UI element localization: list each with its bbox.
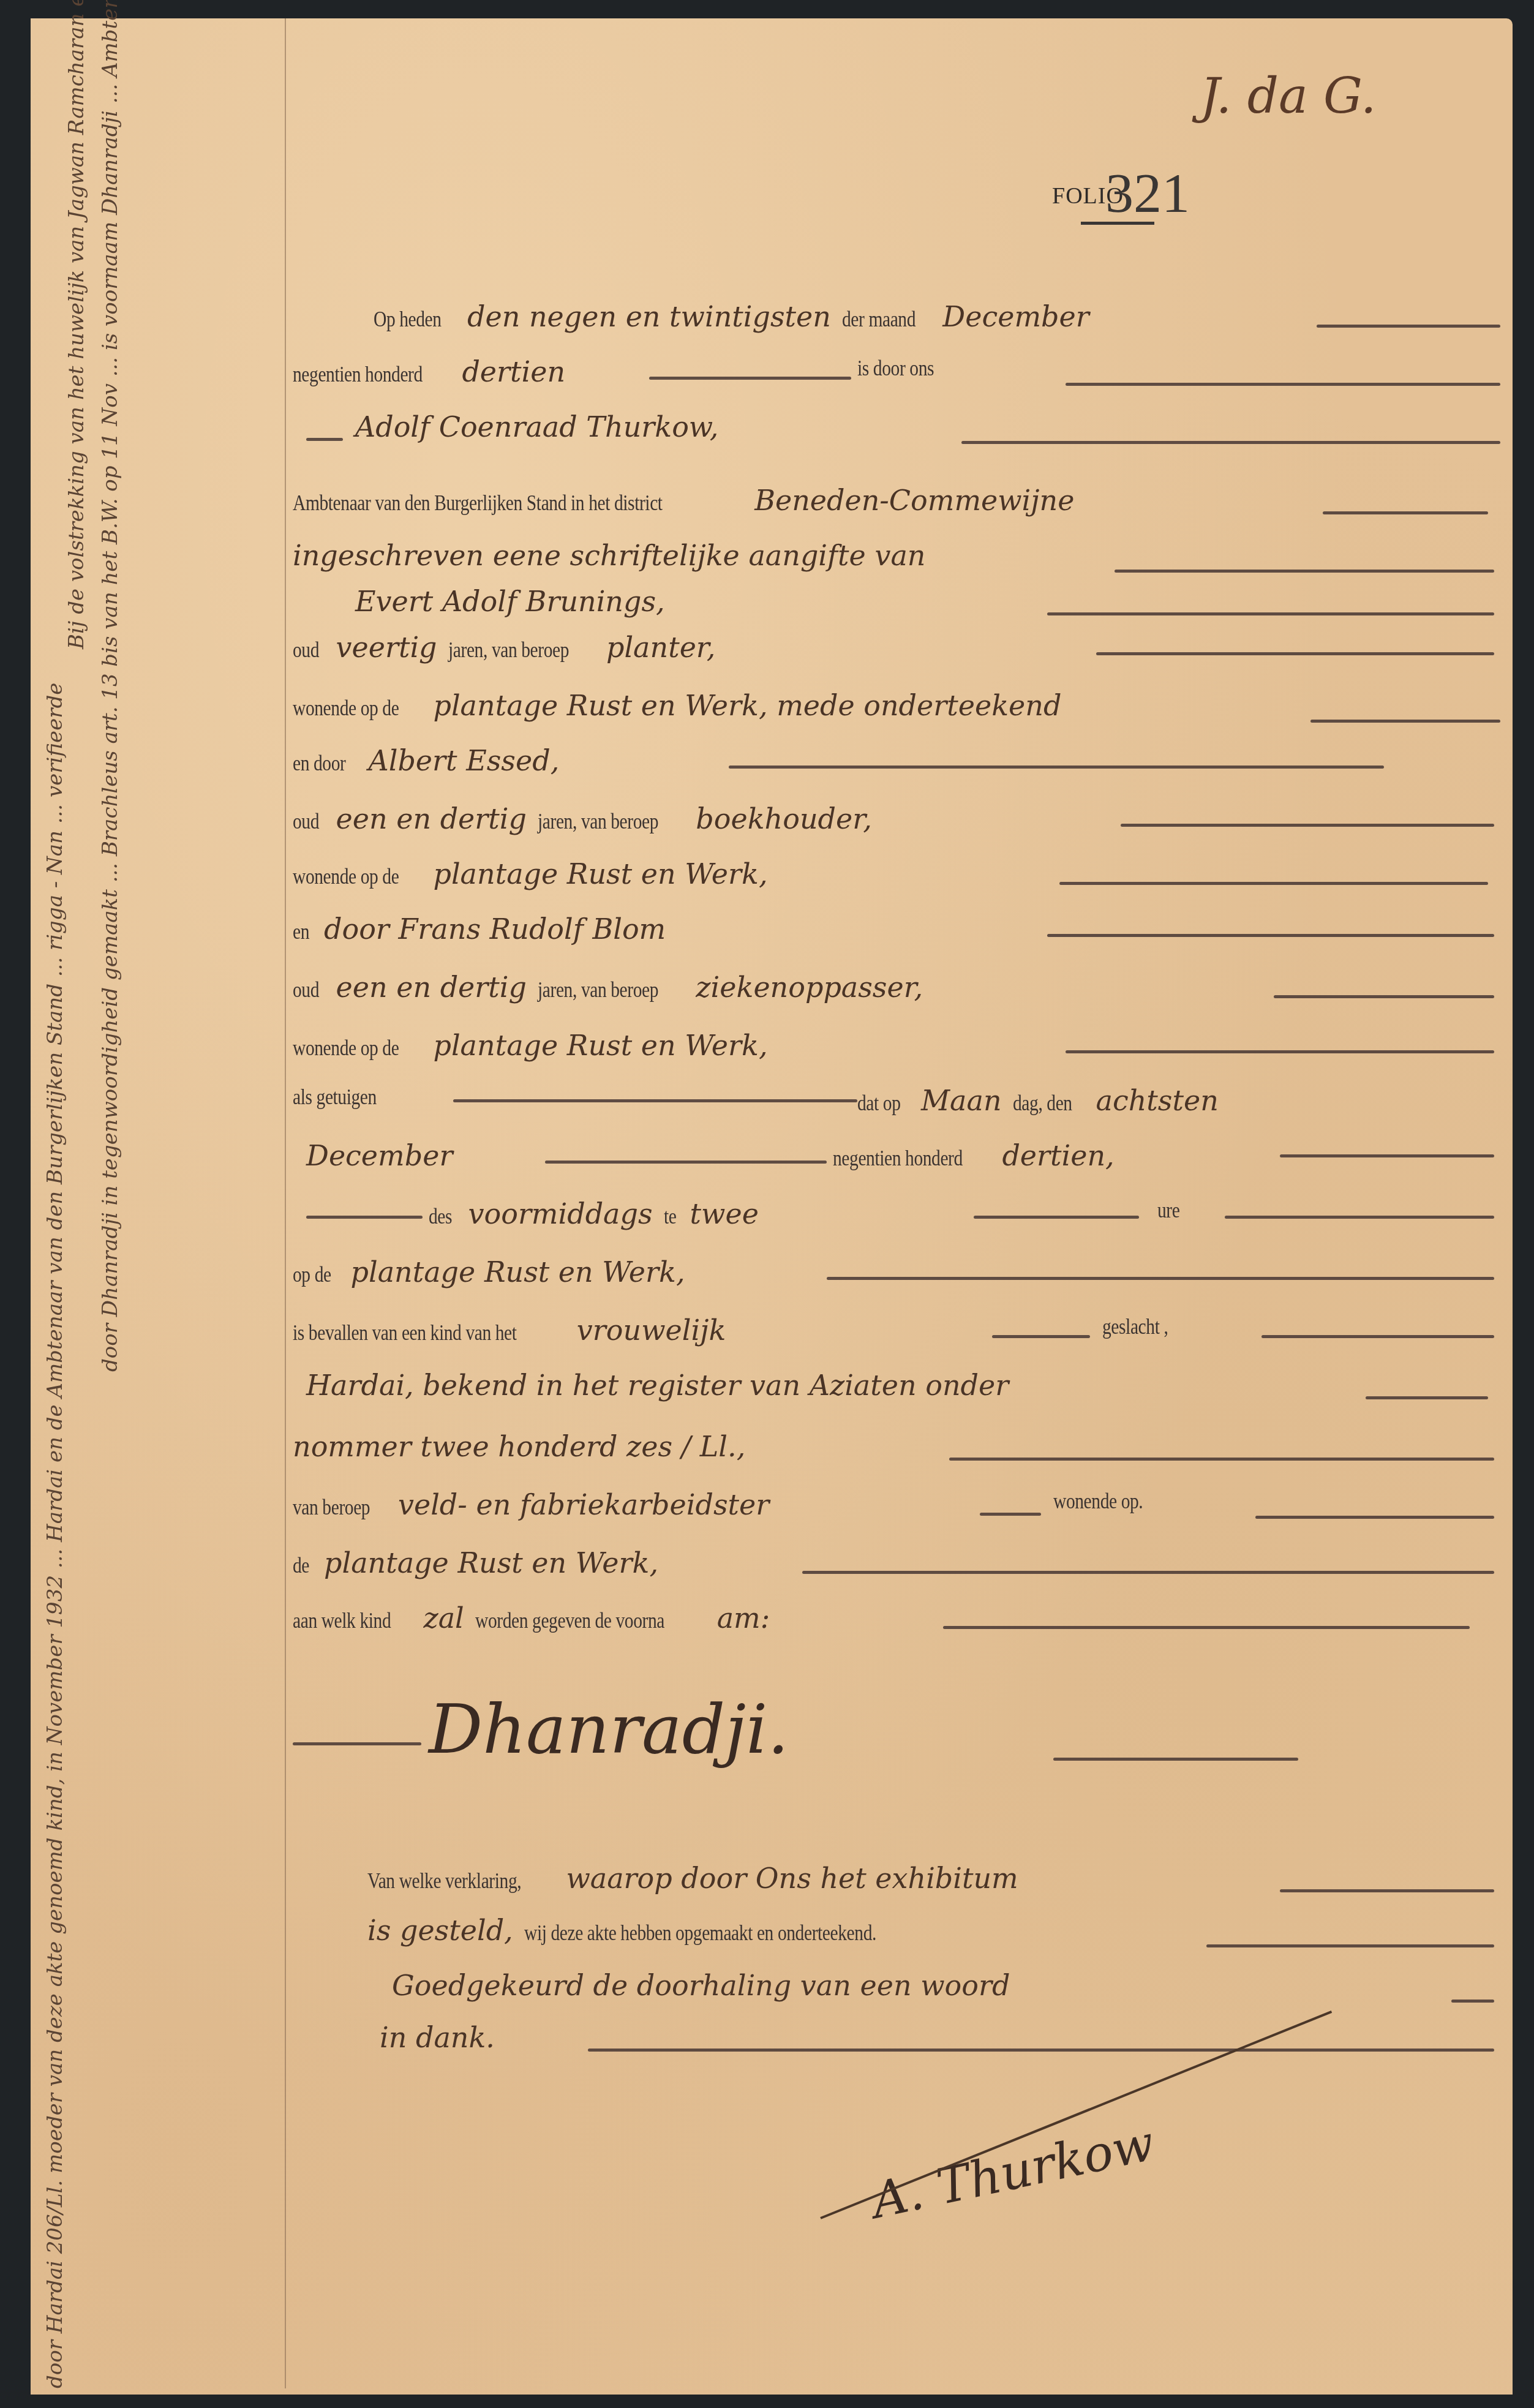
margin-annotation-2: door Dhanradji in tegenwoordigheid gemaa…: [92, 0, 129, 1372]
printed-text: Ambtenaar van den Burgerlijken Stand in …: [293, 490, 663, 516]
line-birth-time-cont: ure: [1157, 1197, 1184, 1223]
handwritten-text: is gesteld,: [367, 1914, 513, 1947]
fill-rule: [949, 1458, 1494, 1461]
line-child-sex-cont: geslacht ,: [1102, 1314, 1182, 1339]
printed-text: oud: [293, 977, 319, 1003]
printed-text: wonende op de: [293, 1035, 399, 1061]
printed-text: is bevallen van een kind van het: [293, 1320, 517, 1345]
folio-number: 321: [1105, 160, 1190, 225]
fill-rule: [1255, 1516, 1494, 1519]
line-mother-occupation: van beroep veld- en fabriekarbeidster: [293, 1488, 769, 1521]
fill-rule: [1261, 1335, 1494, 1338]
printed-text: oud: [293, 637, 319, 663]
handwritten-text: waarop door Ons het exhibitum: [566, 1862, 1018, 1895]
printed-text: dat op: [857, 1090, 901, 1116]
printed-text: ure: [1157, 1197, 1179, 1223]
fill-rule: [1451, 2000, 1494, 2003]
line-child-sex: is bevallen van een kind van het vrouwel…: [293, 1314, 726, 1347]
handwritten-occupation: planter,: [606, 631, 715, 664]
fill-rule: [293, 1742, 421, 1745]
line-witness-1: en door Albert Essed,: [293, 744, 559, 777]
handwritten-witness-2: door Frans Rudolf Blom: [324, 912, 666, 946]
fill-rule: [1274, 995, 1494, 998]
handwritten-year: dertien: [462, 355, 565, 388]
line-district: Ambtenaar van den Burgerlijken Stand in …: [293, 484, 1074, 517]
handwritten-day: den negen en twintigsten: [467, 300, 831, 333]
printed-text: te: [664, 1203, 676, 1229]
line-witness-2-age: oud een en dertig jaren, van beroep ziek…: [293, 971, 923, 1004]
printed-text: wonende op de: [293, 695, 399, 721]
fill-rule: [1317, 325, 1500, 328]
printed-text: op de: [293, 1262, 331, 1287]
fill-rule: [545, 1161, 827, 1164]
fill-rule: [1047, 934, 1494, 937]
handwritten-year: dertien,: [1002, 1139, 1114, 1172]
fill-rule: [961, 441, 1500, 444]
fill-rule: [992, 1335, 1090, 1338]
fill-rule: [1225, 1216, 1494, 1219]
handwritten-day: achtsten: [1096, 1084, 1219, 1117]
line-witness-2: en door Frans Rudolf Blom: [293, 912, 666, 946]
handwritten-weekday: Maan: [921, 1084, 1002, 1117]
handwritten-occupation: ziekenoppasser,: [696, 971, 923, 1004]
handwritten-month: December: [942, 300, 1089, 333]
fill-rule: [1366, 1396, 1488, 1399]
line-birth-year: negentien honderd dertien,: [833, 1139, 1115, 1172]
margin-annotation-3: door Hardai 206/Ll. moeder van deze akte…: [37, 683, 73, 2389]
line-declaration: ingeschreven eene schriftelijke aangifte…: [293, 539, 925, 572]
fill-rule: [729, 766, 1384, 769]
line-declarant-name: Evert Adolf Brunings,: [355, 585, 665, 618]
line-mother-register: nommer twee honderd zes / Ll.,: [293, 1430, 745, 1463]
printed-text: jaren, van beroep: [538, 977, 658, 1003]
top-right-initials: J. da G.: [1200, 67, 1377, 124]
handwritten-text: zal: [423, 1601, 464, 1635]
fill-rule: [1206, 1944, 1494, 1947]
fill-rule: [1121, 824, 1494, 827]
margin-annotation-1: Bij de volstrekking van het huwelijk van…: [58, 0, 95, 649]
handwritten-text: in dank.: [380, 2021, 495, 2054]
line-child-name-intro: aan welk kind zal worden gegeven de voor…: [293, 1601, 770, 1635]
line-year-cont: is door ons: [857, 355, 951, 381]
handwritten-occupation: veld- en fabriekarbeidster: [398, 1488, 769, 1521]
fill-rule: [306, 1216, 423, 1219]
printed-text: des: [429, 1203, 452, 1229]
printed-text: dag, den: [1013, 1090, 1072, 1116]
handwritten-place: plantage Rust en Werk,: [350, 1255, 685, 1289]
line-birth-place: op de plantage Rust en Werk,: [293, 1255, 685, 1289]
handwritten-witness-1: Albert Essed,: [368, 744, 559, 777]
printed-text: wij deze akte hebben opgemaakt en ondert…: [524, 1920, 876, 1946]
printed-text: is door ons: [857, 355, 934, 381]
printed-text: en door: [293, 750, 345, 776]
fill-rule: [306, 438, 343, 441]
fill-rule: [1280, 1889, 1494, 1892]
fill-rule: [588, 2049, 1494, 2052]
handwritten-residence: plantage Rust en Werk,: [433, 1029, 767, 1062]
handwritten-time-of-day: voormiddags: [468, 1197, 653, 1230]
line-mother-name: Hardai, bekend in het register van Aziat…: [306, 1369, 1009, 1402]
handwritten-register-number: nommer twee honderd zes / Ll.,: [293, 1430, 745, 1463]
handwritten-text: ingeschreven eene schriftelijke aangifte…: [293, 539, 925, 572]
handwritten-age: een en dertig: [336, 971, 527, 1004]
printed-text: van beroep: [293, 1494, 370, 1520]
handwritten-official-name: Adolf Coenraad Thurkow,: [355, 410, 718, 443]
closing-line-4: in dank.: [380, 2021, 495, 2054]
line-declarant-residence: wonende op de plantage Rust en Werk, med…: [293, 689, 1061, 722]
closing-line-2: is gesteld, wij deze akte hebben opgemaa…: [367, 1914, 953, 1947]
fill-rule: [1096, 652, 1494, 655]
fill-rule: [943, 1626, 1470, 1629]
handwritten-age: een en dertig: [336, 802, 527, 835]
printed-text: worden gegeven de voorna: [475, 1608, 664, 1633]
printed-text: oud: [293, 808, 319, 834]
fill-rule: [1310, 720, 1500, 723]
fill-rule: [453, 1099, 857, 1102]
handwritten-residence: plantage Rust en Werk, mede onderteekend: [433, 689, 1061, 722]
line-mother-occupation-cont: wonende op.: [1053, 1488, 1162, 1514]
fill-rule: [1066, 383, 1500, 386]
line-official-name: Adolf Coenraad Thurkow,: [355, 410, 718, 443]
line-witness-2-residence: wonende op de plantage Rust en Werk,: [293, 1029, 768, 1062]
printed-text: jaren, van beroep: [538, 808, 658, 834]
folio-underline: [1081, 222, 1154, 225]
handwritten-age: veertig: [336, 631, 437, 664]
fill-rule: [649, 377, 851, 380]
printed-text: Van welke verklaring,: [367, 1868, 521, 1894]
child-given-name: Dhanradji.: [429, 1690, 789, 1769]
handwritten-residence: plantage Rust en Werk,: [324, 1546, 658, 1579]
line-birth-month: December: [306, 1139, 453, 1172]
line-witnesses-date: als getuigen: [293, 1084, 395, 1110]
closing-line-1: Van welke verklaring, waarop door Ons he…: [367, 1862, 1018, 1895]
fill-rule: [802, 1571, 1494, 1574]
fill-rule: [980, 1513, 1041, 1516]
line-date: Op heden den negen en twintigsten der ma…: [374, 300, 1089, 333]
printed-text: de: [293, 1552, 309, 1578]
handwritten-sex: vrouwelijk: [577, 1314, 726, 1347]
closing-line-3: Goedgekeurd de doorhaling van een woord: [392, 1969, 1010, 2002]
printed-text: negentien honderd: [293, 361, 423, 387]
printed-text: der maand: [842, 306, 916, 332]
handwritten-district: Beneden-Commewijne: [754, 484, 1074, 517]
fill-rule: [974, 1216, 1139, 1219]
printed-text: Op heden: [374, 306, 442, 332]
printed-text: wonende op.: [1053, 1488, 1143, 1514]
handwritten-month: December: [306, 1139, 453, 1172]
line-birth-time: des voormiddags te twee: [429, 1197, 759, 1230]
margin-rule: [285, 18, 286, 2388]
printed-text: aan welk kind: [293, 1608, 391, 1633]
fill-rule: [827, 1277, 1494, 1280]
fill-rule: [1323, 511, 1488, 514]
printed-text: en: [293, 919, 309, 944]
handwritten-hour: twee: [690, 1197, 759, 1230]
line-mother-residence: de plantage Rust en Werk,: [293, 1546, 658, 1579]
line-year: negentien honderd dertien: [293, 355, 565, 388]
fill-rule: [1115, 570, 1494, 573]
fill-rule: [1280, 1154, 1494, 1157]
handwritten-text: am:: [717, 1601, 770, 1635]
document-page: [31, 18, 1513, 2395]
line-witnesses-date-cont: dat op Maan dag, den achtsten: [857, 1084, 1219, 1117]
printed-text: geslacht ,: [1102, 1314, 1168, 1339]
line-declarant-age: oud veertig jaren, van beroep planter,: [293, 631, 715, 664]
handwritten-declarant: Evert Adolf Brunings,: [355, 585, 665, 618]
handwritten-occupation: boekhouder,: [696, 802, 871, 835]
handwritten-residence: plantage Rust en Werk,: [433, 857, 767, 890]
line-witness-1-residence: wonende op de plantage Rust en Werk,: [293, 857, 768, 890]
fill-rule: [1047, 612, 1494, 615]
fill-rule: [1066, 1050, 1494, 1053]
printed-text: negentien honderd: [833, 1145, 963, 1171]
line-witness-1-age: oud een en dertig jaren, van beroep boek…: [293, 802, 872, 835]
fill-rule: [1053, 1758, 1298, 1761]
printed-text: als getuigen: [293, 1084, 377, 1110]
fill-rule: [1059, 882, 1488, 885]
handwritten-approval: Goedgekeurd de doorhaling van een woord: [392, 1969, 1010, 2002]
printed-text: wonende op de: [293, 863, 399, 889]
handwritten-mother: Hardai, bekend in het register van Aziat…: [306, 1369, 1009, 1402]
printed-text: jaren, van beroep: [448, 637, 569, 663]
